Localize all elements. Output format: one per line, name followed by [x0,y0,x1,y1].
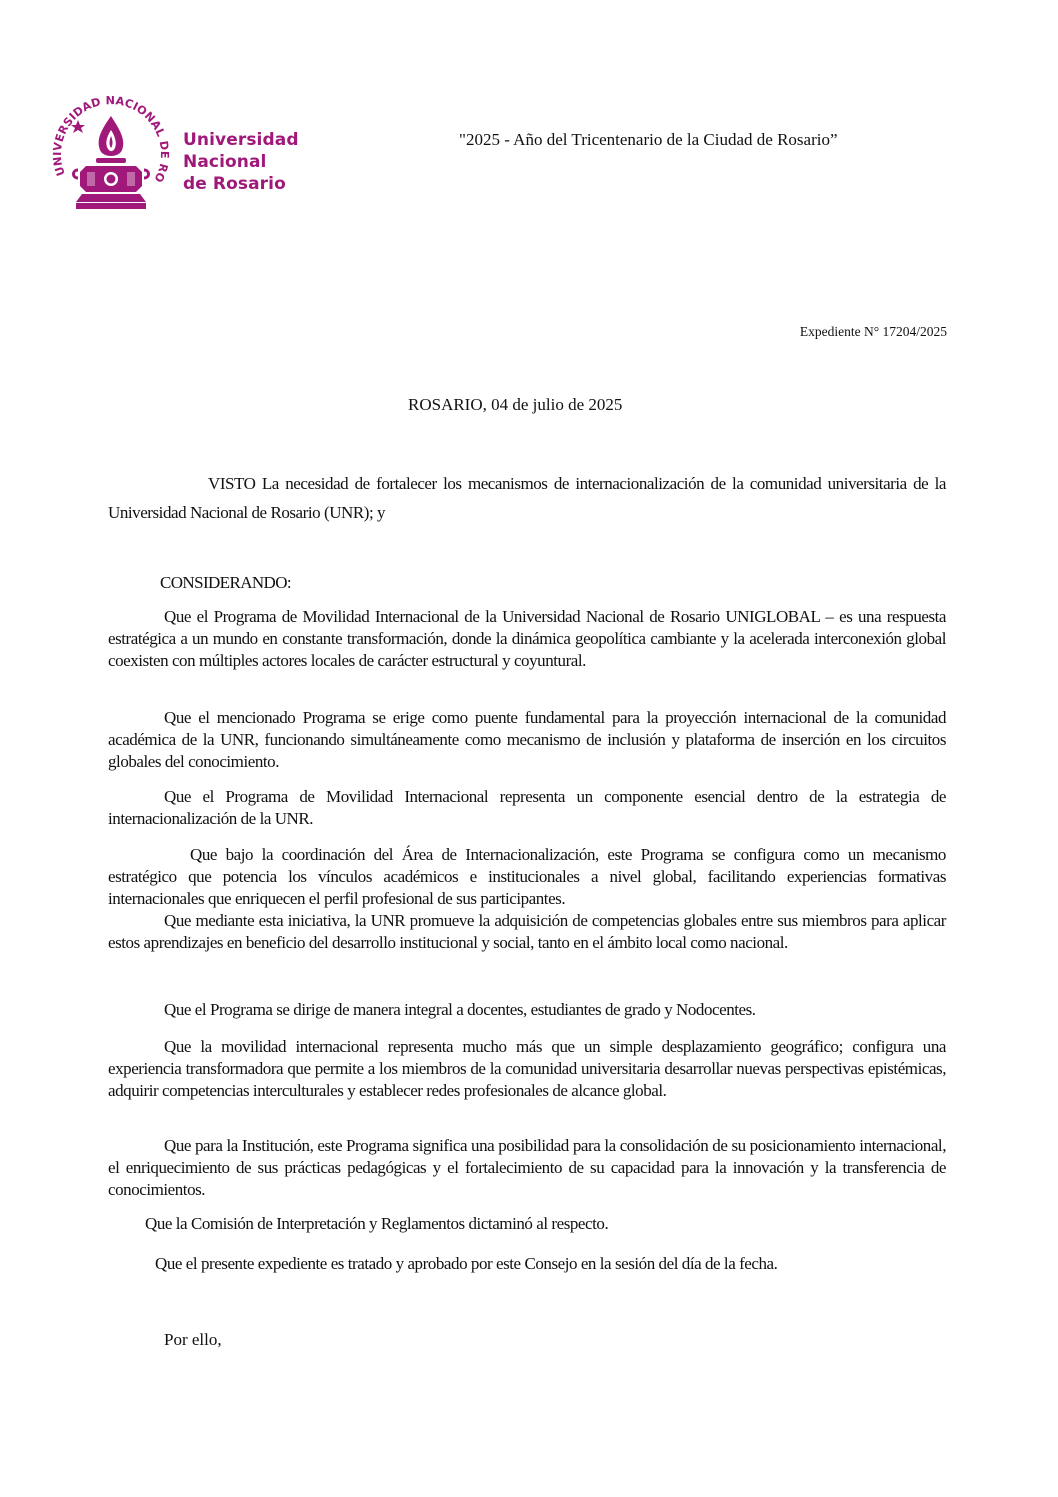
considerando-paragraph: Que el Programa de Movilidad Internacion… [108,786,946,830]
considerando-paragraph: Que la movilidad internacional represent… [108,1036,946,1102]
considerando-paragraph: Que mediante esta iniciativa, la UNR pro… [108,910,946,954]
university-logo: UNIVERSIDAD NACIONAL DE ROSARIO Unive [52,78,302,213]
university-seal-icon: UNIVERSIDAD NACIONAL DE ROSARIO [52,78,170,213]
considerando-paragraph: Que el Programa de Movilidad Internacion… [108,606,946,672]
place-date: ROSARIO, 04 de julio de 2025 [408,395,622,415]
document-page: UNIVERSIDAD NACIONAL DE ROSARIO Unive [0,0,1058,1497]
considerando-paragraph: Que la Comisión de Interpretación y Regl… [145,1214,608,1234]
considerando-paragraph: Que bajo la coordinación del Área de Int… [108,844,946,910]
year-motto: "2025 - Año del Tricentenario de la Ciud… [459,130,838,150]
considerando-paragraph: Que el Programa se dirige de manera inte… [108,999,946,1021]
file-number: Expediente N° 17204/2025 [800,324,947,340]
wordmark-line-1: Universidad [183,129,299,151]
visto-paragraph: VISTO La necesidad de fortalecer los mec… [108,469,946,527]
considerando-heading: CONSIDERANDO: [160,573,291,593]
considerando-paragraph: Que el presente expediente es tratado y … [155,1254,777,1274]
considerando-paragraph: Que el mencionado Programa se erige como… [108,707,946,773]
university-wordmark: Universidad Nacional de Rosario [183,129,299,195]
considerando-paragraph: Que para la Institución, este Programa s… [108,1135,946,1201]
wordmark-line-2: Nacional [183,151,299,173]
wordmark-line-3: de Rosario [183,173,299,195]
closing-phrase: Por ello, [164,1330,222,1350]
